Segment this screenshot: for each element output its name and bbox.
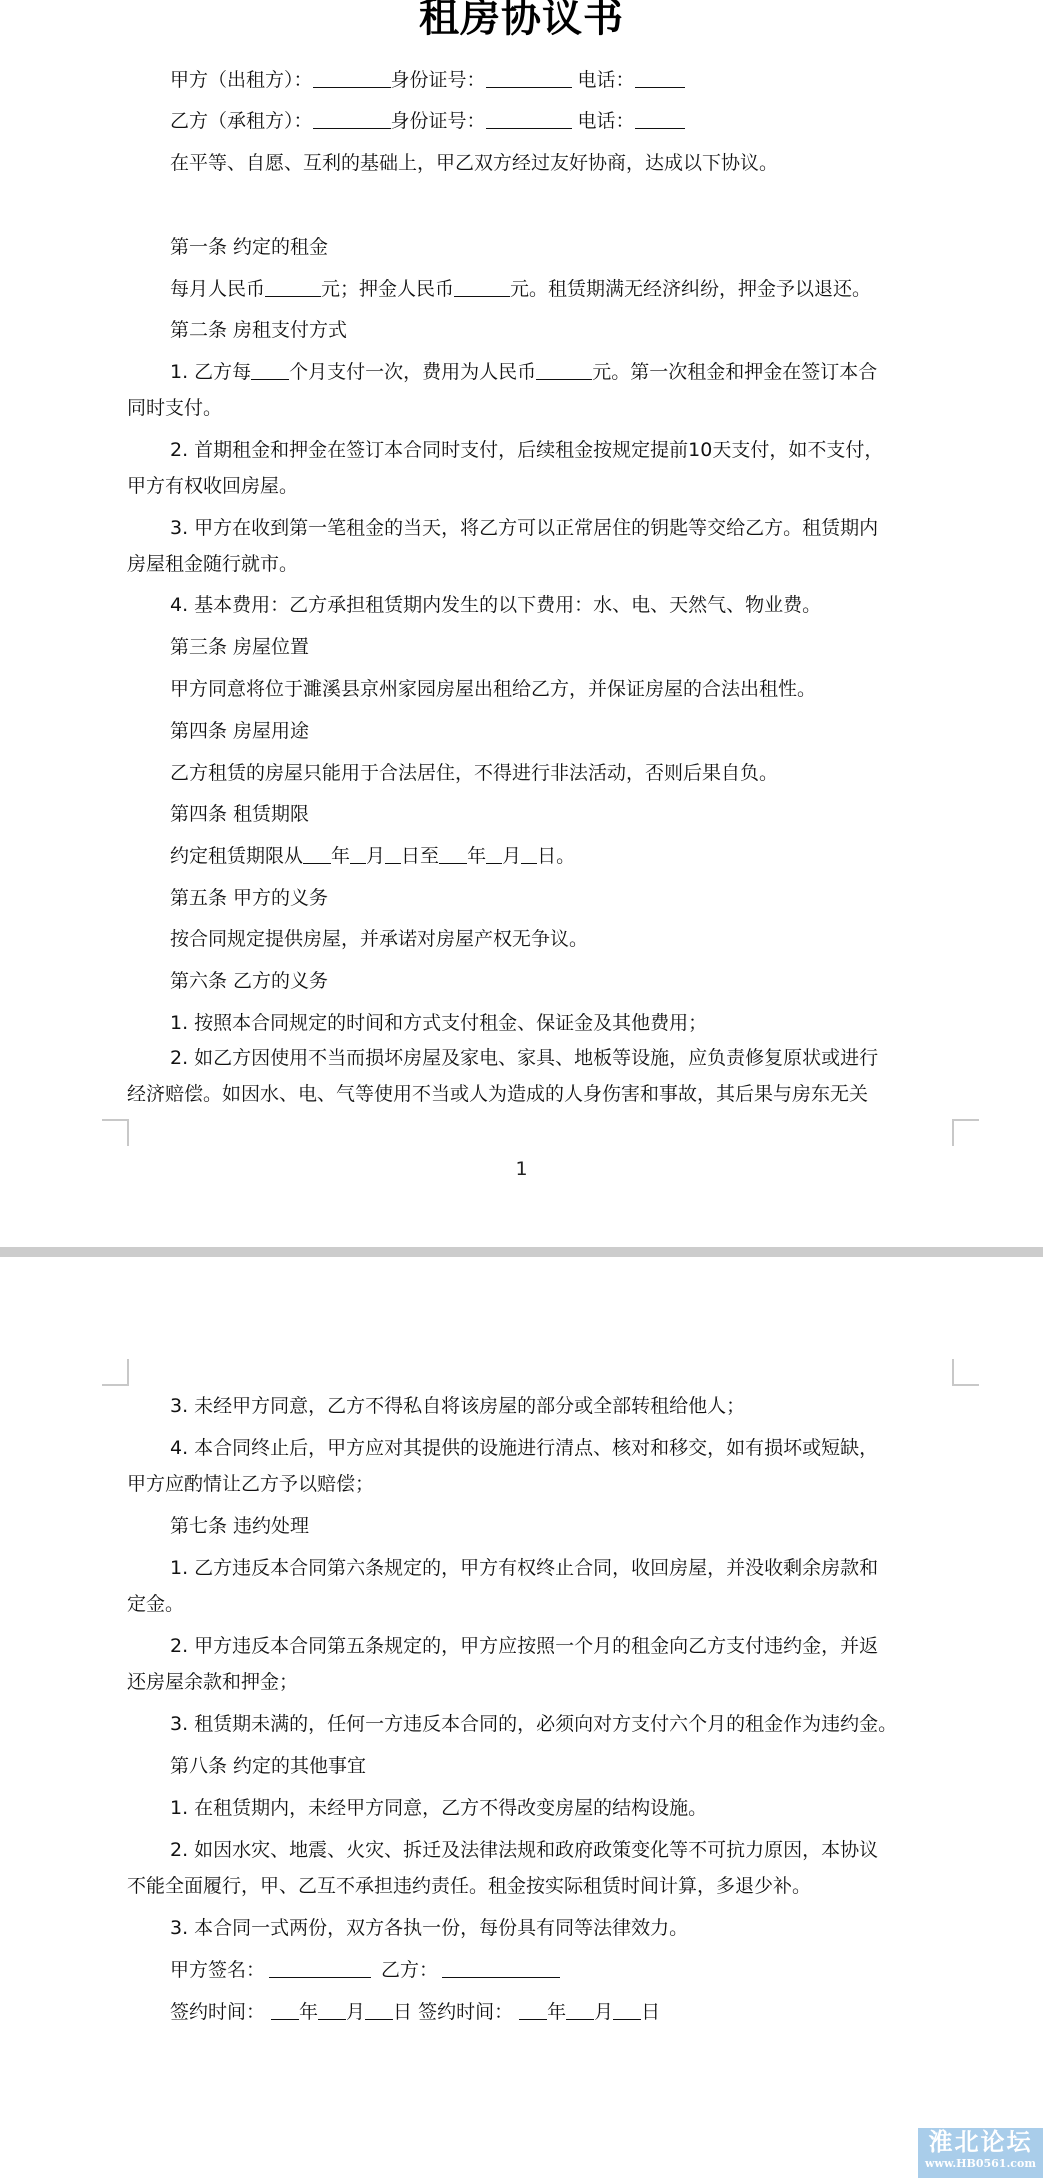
sign-year-b-blank[interactable] — [519, 2001, 547, 2020]
article-7-title: 第七条 违约处理 — [170, 1515, 1006, 1537]
article-8-title: 第八条 约定的其他事宜 — [170, 1755, 1006, 1777]
sign-month-a-blank[interactable] — [318, 2001, 346, 2020]
document-title: 租房协议书 — [0, 0, 1043, 43]
text: 年 — [331, 845, 350, 867]
text: 月 — [346, 2001, 365, 2023]
page-corner-mark — [102, 1119, 129, 1146]
start-year-blank[interactable] — [303, 845, 331, 864]
site-watermark: 淮北论坛 www.HB0561.com — [918, 2128, 1043, 2178]
text: 月 — [502, 845, 521, 867]
end-day-blank[interactable] — [521, 845, 537, 864]
text: 日至 — [401, 845, 439, 867]
article-2-item-1: 1. 乙方每个月支付一次，费用为人民币元。第一次租金和押金在签订本合 — [170, 361, 1006, 383]
sign-month-b-blank[interactable] — [566, 2001, 594, 2020]
article-3-title: 第三条 房屋位置 — [170, 636, 1006, 658]
start-month-blank[interactable] — [350, 845, 366, 864]
article-8-item-2: 2. 如因水灾、地震、火灾、拆迁及法律法规和政府政策变化等不可抗力原因，本协议 — [170, 1839, 1006, 1861]
party-b-name-blank[interactable] — [313, 110, 391, 129]
sign-date-row: 签约时间：年月日签约时间：年月日 — [170, 2001, 1006, 2023]
watermark-name: 淮北论坛 — [918, 2128, 1043, 2156]
party-b-phone-blank[interactable] — [635, 110, 685, 129]
text: 日 — [393, 2001, 412, 2023]
article-2-item-1-cont: 同时支付。 — [127, 397, 963, 419]
party-a-label: 甲方（出租方）： — [170, 69, 313, 91]
article-5-body: 按合同规定提供房屋，并承诺对房屋产权无争议。 — [170, 928, 1006, 950]
party-b-id-label: 身份证号： — [391, 110, 486, 132]
page-separator — [0, 1247, 1043, 1257]
party-a-signature-label: 甲方签名： — [170, 1959, 265, 1981]
article-4-title: 第四条 房屋用途 — [170, 720, 1006, 742]
article-6-item-2-cont: 经济赔偿。如因水、电、气等使用不当或人为造成的人身伤害和事故，其后果与房东无关 — [127, 1083, 963, 1105]
party-a-id-blank[interactable] — [486, 69, 572, 88]
text: 约定租赁期限从 — [170, 845, 303, 867]
article-2-item-3: 3. 甲方在收到第一笔租金的当天，将乙方可以正常居住的钥匙等交给乙方。租赁期内 — [170, 517, 1006, 539]
page-number: 1 — [0, 1158, 1043, 1180]
end-month-blank[interactable] — [486, 845, 502, 864]
article-6-item-3: 3. 未经甲方同意，乙方不得私自将该房屋的部分或全部转租给他人； — [170, 1395, 1006, 1417]
article-4-body: 乙方租赁的房屋只能用于合法居住，不得进行非法活动，否则后果自负。 — [170, 762, 1006, 784]
monthly-rent-blank[interactable] — [265, 278, 321, 297]
party-b-phone-label: 电话： — [578, 110, 635, 132]
document-page-2: 3. 未经甲方同意，乙方不得私自将该房屋的部分或全部转租给他人； 4. 本合同终… — [0, 1257, 1043, 2178]
party-a-row: 甲方（出租方）：身份证号：电话： — [170, 69, 1006, 91]
article-6-title: 第六条 乙方的义务 — [170, 970, 1006, 992]
article-6-item-4: 4. 本合同终止后，甲方应对其提供的设施进行清点、核对和移交，如有损坏或短缺， — [170, 1437, 1006, 1459]
text: 月 — [366, 845, 385, 867]
article-4b-body: 约定租赁期限从年月日至年月日。 — [170, 845, 1006, 867]
article-2-item-2-cont: 甲方有权收回房屋。 — [127, 475, 963, 497]
article-1-title: 第一条 约定的租金 — [170, 236, 1006, 258]
article-7-item-2-cont: 还房屋余款和押金； — [127, 1671, 963, 1693]
page-corner-mark — [102, 1359, 129, 1386]
party-a-phone-blank[interactable] — [635, 69, 685, 88]
text: 年 — [467, 845, 486, 867]
text: 个月支付一次，费用为人民币 — [289, 361, 536, 383]
deposit-blank[interactable] — [454, 278, 510, 297]
page-corner-mark — [952, 1119, 979, 1146]
party-a-signature-blank[interactable] — [269, 1959, 371, 1978]
sign-date-label-b: 签约时间： — [418, 2001, 513, 2023]
article-7-item-1-cont: 定金。 — [127, 1593, 963, 1615]
article-7-item-3: 3. 租赁期未满的，任何一方违反本合同的，必须向对方支付六个月的租金作为违约金。 — [170, 1713, 1006, 1735]
text: 月 — [594, 2001, 613, 2023]
article-8-item-3: 3. 本合同一式两份，双方各执一份，每份具有同等法律效力。 — [170, 1917, 1006, 1939]
text: 每月人民币 — [170, 278, 265, 300]
article-5-title: 第五条 甲方的义务 — [170, 887, 1006, 909]
article-2-item-3-cont: 房屋租金随行就市。 — [127, 553, 963, 575]
party-b-signature-blank[interactable] — [442, 1959, 560, 1978]
text: 日 — [641, 2001, 660, 2023]
sign-date-label-a: 签约时间： — [170, 2001, 265, 2023]
text: 1. 乙方每 — [170, 361, 251, 383]
text: 年 — [299, 2001, 318, 2023]
text: 元。第一次租金和押金在签订本合 — [592, 361, 877, 383]
article-3-body: 甲方同意将位于濉溪县京州家园房屋出租给乙方，并保证房屋的合法出租性。 — [170, 678, 1006, 700]
article-2-item-4: 4. 基本费用：乙方承担租赁期内发生的以下费用：水、电、天然气、物业费。 — [170, 594, 1006, 616]
party-a-name-blank[interactable] — [313, 69, 391, 88]
article-2-item-2: 2. 首期租金和押金在签订本合同时支付，后续租金按规定提前10天支付，如不支付， — [170, 439, 1006, 461]
sign-day-a-blank[interactable] — [365, 2001, 393, 2020]
party-b-label: 乙方（承租方）： — [170, 110, 313, 132]
sign-day-b-blank[interactable] — [613, 2001, 641, 2020]
article-6-item-4-cont: 甲方应酌情让乙方予以赔偿； — [127, 1473, 963, 1495]
party-b-row: 乙方（承租方）：身份证号：电话： — [170, 110, 1006, 132]
party-b-id-blank[interactable] — [486, 110, 572, 129]
page-corner-mark — [952, 1359, 979, 1386]
article-7-item-1: 1. 乙方违反本合同第六条规定的，甲方有权终止合同，收回房屋，并没收剩余房款和 — [170, 1557, 1006, 1579]
signature-row: 甲方签名：乙方： — [170, 1959, 1006, 1981]
article-7-item-2: 2. 甲方违反本合同第五条规定的，甲方应按照一个月的租金向乙方支付违约金，并返 — [170, 1635, 1006, 1657]
watermark-url: www.HB0561.com — [918, 2156, 1043, 2172]
article-8-item-1: 1. 在租赁期内，未经甲方同意，乙方不得改变房屋的结构设施。 — [170, 1797, 1006, 1819]
payment-amount-blank[interactable] — [536, 361, 592, 380]
text: 元；押金人民币 — [321, 278, 454, 300]
text: 年 — [547, 2001, 566, 2023]
end-year-blank[interactable] — [439, 845, 467, 864]
article-4b-title: 第四条 租赁期限 — [170, 803, 1006, 825]
article-6-item-2: 2. 如乙方因使用不当而损坏房屋及家电、家具、地板等设施，应负责修复原状或进行 — [170, 1047, 1006, 1069]
article-2-title: 第二条 房租支付方式 — [170, 319, 1006, 341]
text: 元。租赁期满无经济纠纷，押金予以退还。 — [510, 278, 871, 300]
party-a-phone-label: 电话： — [578, 69, 635, 91]
party-b-signature-label: 乙方： — [381, 1959, 438, 1981]
article-8-item-2-cont: 不能全面履行，甲、乙互不承担违约责任。租金按实际租赁时间计算，多退少补。 — [127, 1875, 963, 1897]
payment-interval-blank[interactable] — [251, 361, 289, 380]
article-6-item-1: 1. 按照本合同规定的时间和方式支付租金、保证金及其他费用； — [170, 1012, 1006, 1034]
document-page-1: 租房协议书 甲方（出租方）：身份证号：电话： 乙方（承租方）：身份证号：电话： … — [0, 0, 1043, 1247]
article-1-body: 每月人民币元；押金人民币元。租赁期满无经济纠纷，押金予以退还。 — [170, 278, 1006, 300]
intro-paragraph: 在平等、自愿、互利的基础上，甲乙双方经过友好协商，达成以下协议。 — [170, 152, 1006, 174]
party-a-id-label: 身份证号： — [391, 69, 486, 91]
text: 日。 — [537, 845, 575, 867]
sign-year-a-blank[interactable] — [271, 2001, 299, 2020]
start-day-blank[interactable] — [385, 845, 401, 864]
